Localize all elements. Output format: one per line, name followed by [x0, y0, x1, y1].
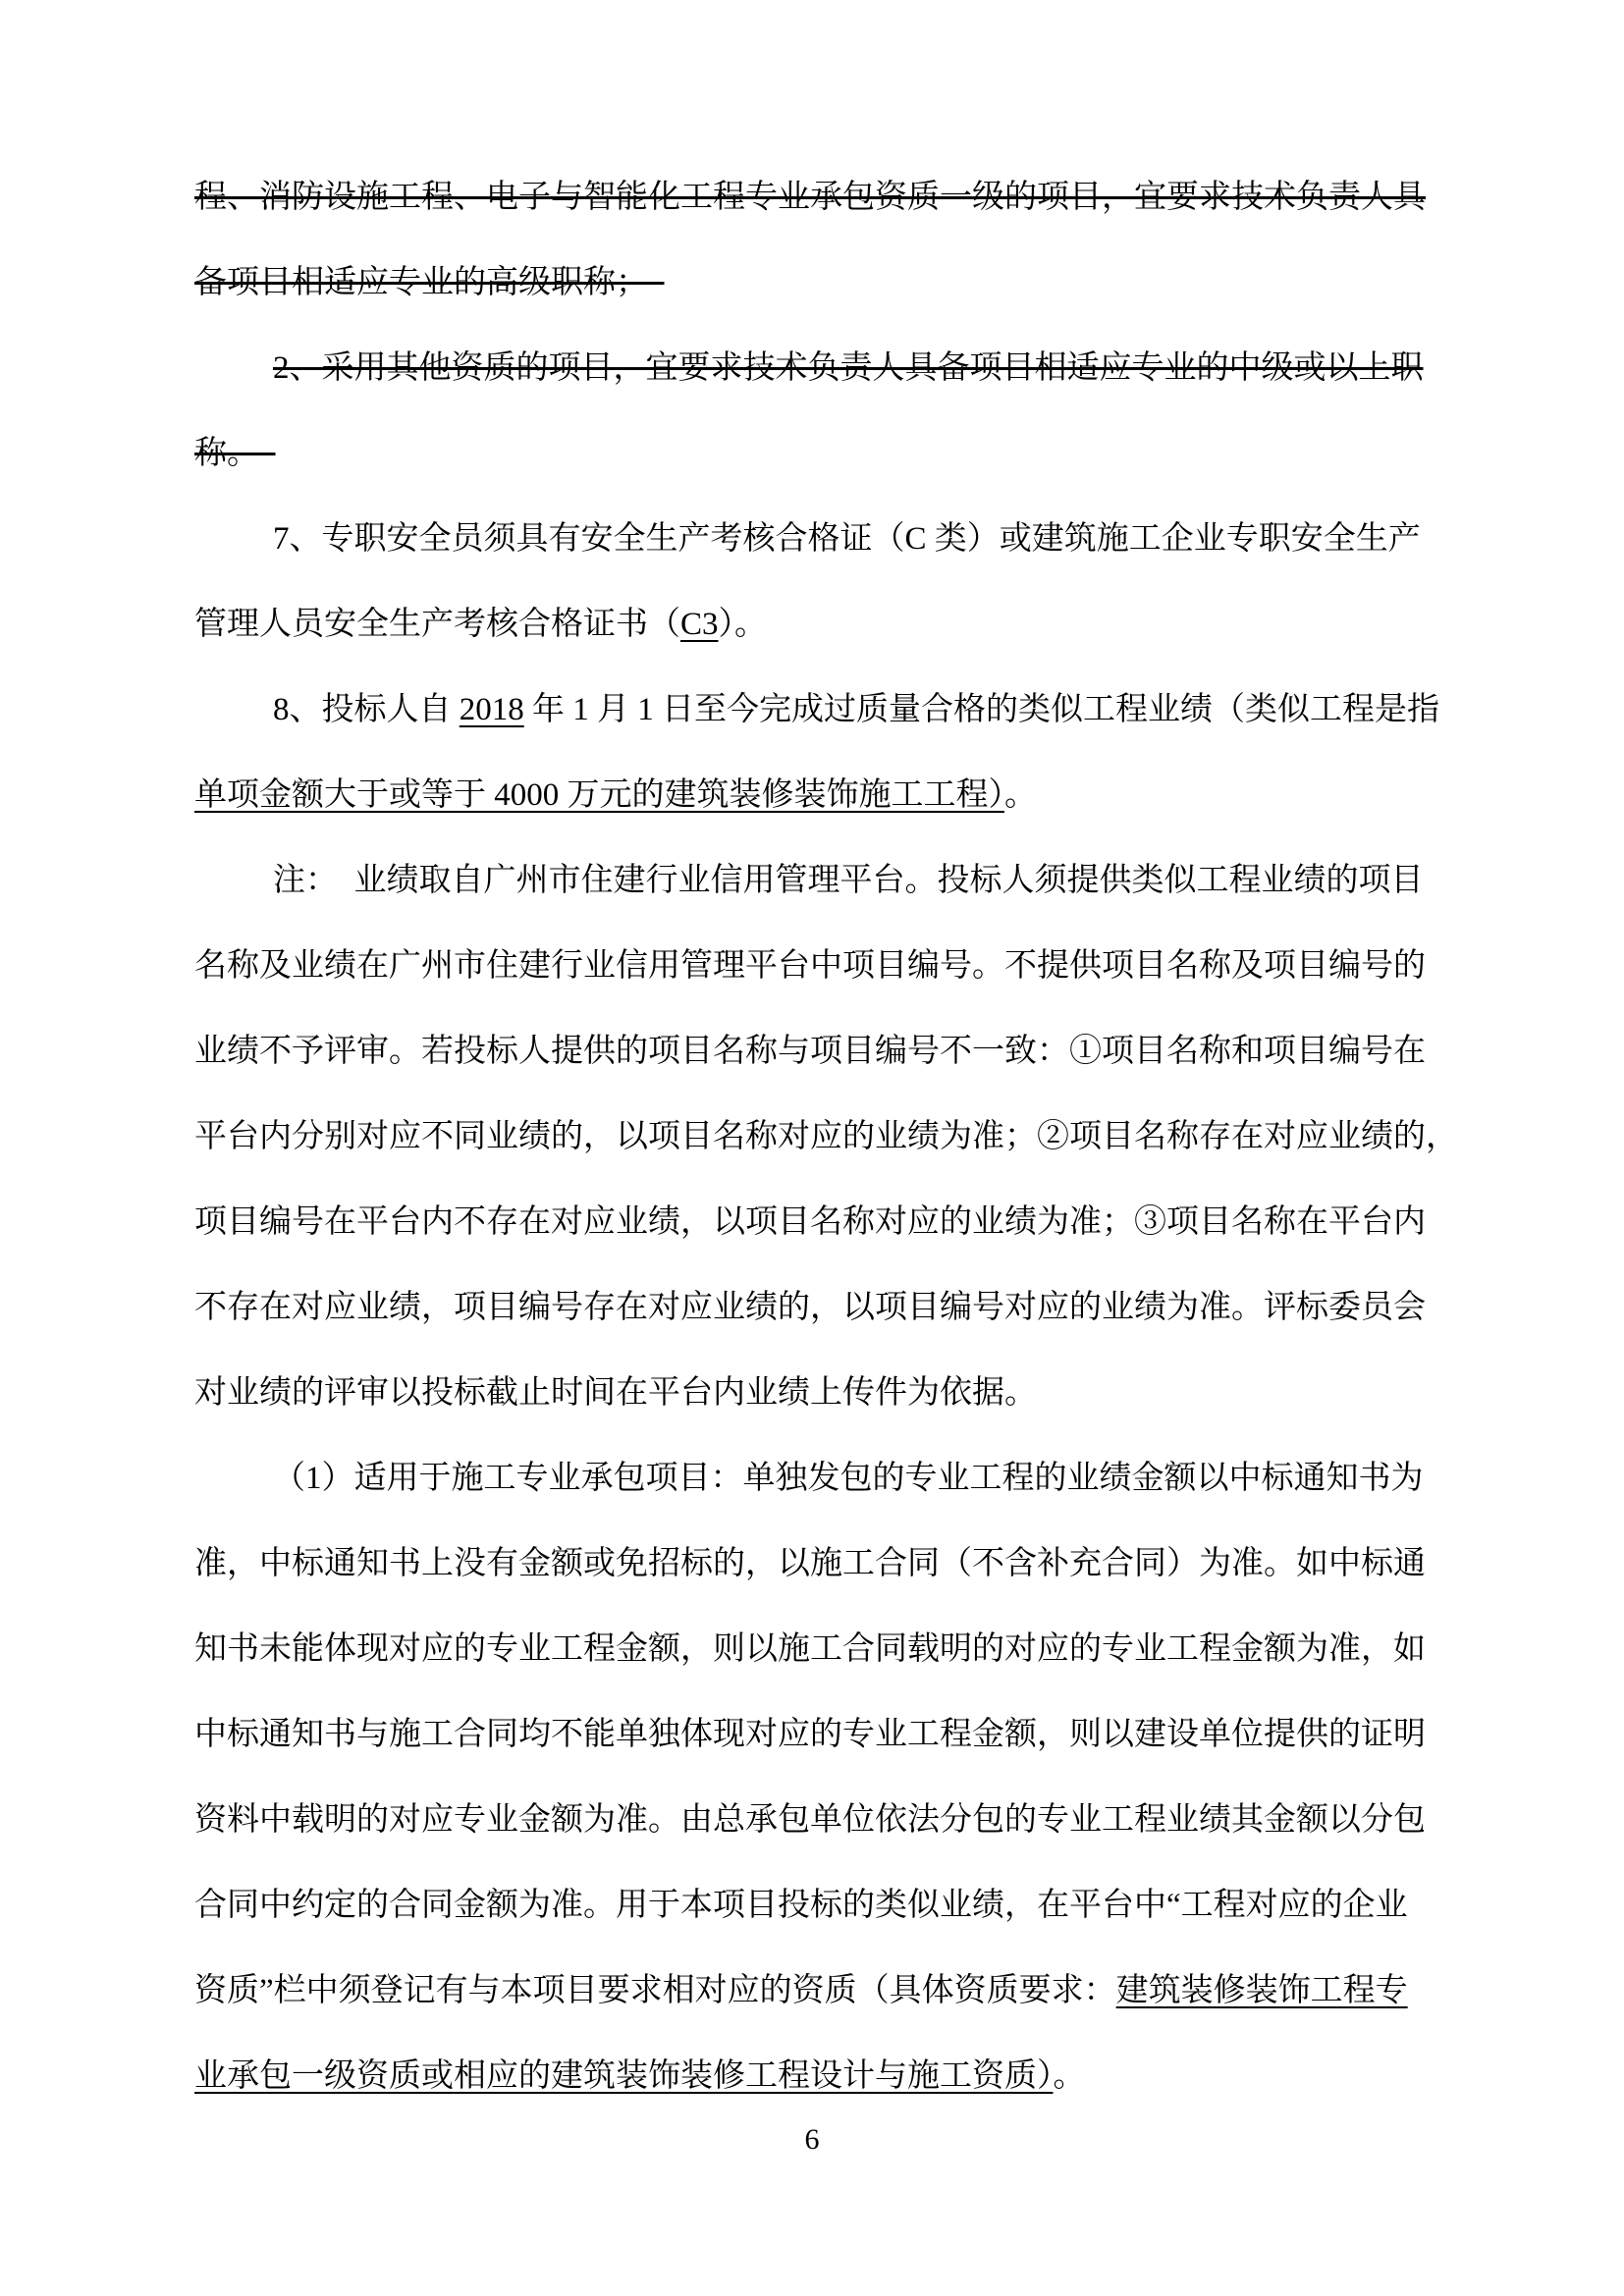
text-line: 资质”栏中须登记有与本项目要求相对应的资质（具体资质要求：建筑装修装饰工程专 [194, 1949, 1481, 2034]
strikethrough-text: 备项目相适应专业的高级职称； [194, 265, 665, 300]
body-text: 不存在对应业绩，项目编号存在对应业绩的，以项目编号对应的业绩为准。评标委员会 [194, 1290, 1426, 1325]
text-line: 准，中标通知书上没有金额或免招标的，以施工合同（不含补充合同）为准。如中标通 [194, 1522, 1481, 1607]
deleted-text-line: 2、采用其他资质的项目，宜要求技术负责人具备项目相适应专业的中级或以上职 [194, 326, 1481, 411]
text-line: 业承包一级资质或相应的建筑装饰装修工程设计与施工资质）。 [194, 2034, 1481, 2119]
text-line: 对业绩的评审以投标截止时间在平台内业绩上传件为依据。 [194, 1351, 1481, 1436]
strikethrough-text: 程、消防设施工程、电子与智能化工程专业承包资质一级的项目，宜要求技术负责人具 [194, 180, 1426, 215]
body-text: 项目编号在平台内不存在对应业绩，以项目名称对应的业绩为准；③项目名称在平台内 [194, 1204, 1426, 1240]
deleted-text-line: 程、消防设施工程、电子与智能化工程专业承包资质一级的项目，宜要求技术负责人具 [194, 155, 1481, 240]
body-text: 管理人员安全生产考核合格证书（ [194, 607, 680, 642]
underlined-text: 单项金额大于或等于 4000 万元的建筑装修装饰施工工程） [194, 777, 1004, 813]
body-text: 年 1 月 1 日至今完成过质量合格的类似工程业绩（类似工程是指 [524, 692, 1439, 727]
text-line: 资料中载明的对应专业金额为准。由总承包单位依法分包的专业工程业绩其金额以分包 [194, 1778, 1481, 1863]
text-line: 单项金额大于或等于 4000 万元的建筑装修装饰施工工程）。 [194, 753, 1481, 838]
text-line: 中标通知书与施工合同均不能单独体现对应的专业工程金额，则以建设单位提供的证明 [194, 1692, 1481, 1778]
text-line: 项目编号在平台内不存在对应业绩，以项目名称对应的业绩为准；③项目名称在平台内 [194, 1180, 1481, 1265]
page-number: 6 [0, 2120, 1624, 2160]
body-text: 。 [1054, 2058, 1086, 2094]
text-line: 合同中约定的合同金额为准。用于本项目投标的类似业绩，在平台中“工程对应的企业 [194, 1863, 1481, 1949]
underlined-text: 建筑装修装饰工程专 [1116, 1973, 1408, 2008]
body-text: （1）适用于施工专业承包项目：单独发包的专业工程的业绩金额以中标通知书为 [273, 1461, 1424, 1496]
body-text: 资料中载明的对应专业金额为准。由总承包单位依法分包的专业工程业绩其金额以分包 [194, 1802, 1426, 1838]
underlined-text: C3 [680, 607, 719, 642]
underlined-text: 业承包一级资质或相应的建筑装饰装修工程设计与施工资质） [194, 2058, 1054, 2094]
body-text: 资质”栏中须登记有与本项目要求相对应的资质（具体资质要求： [194, 1973, 1116, 2008]
text-line: （1）适用于施工专业承包项目：单独发包的专业工程的业绩金额以中标通知书为 [194, 1436, 1481, 1522]
text-line: 8、投标人自 2018 年 1 月 1 日至今完成过质量合格的类似工程业绩（类似… [194, 667, 1481, 753]
text-line: 7、专职安全员须具有安全生产考核合格证（C 类）或建筑施工企业专职安全生产 [194, 497, 1481, 582]
strikethrough-text: 2、采用其他资质的项目，宜要求技术负责人具备项目相适应专业的中级或以上职 [273, 350, 1424, 386]
text-line: 名称及业绩在广州市住建行业信用管理平台中项目编号。不提供项目名称及项目编号的 [194, 924, 1481, 1009]
deleted-text-line: 称。 [194, 411, 1481, 497]
text-line: 平台内分别对应不同业绩的，以项目名称对应的业绩为准；②项目名称存在对应业绩的， [194, 1095, 1481, 1180]
text-line: 注： 业绩取自广州市住建行业信用管理平台。投标人须提供类似工程业绩的项目 [194, 838, 1481, 924]
body-text: 业绩不予评审。若投标人提供的项目名称与项目编号不一致：①项目名称和项目编号在 [194, 1034, 1426, 1069]
document-body: 程、消防设施工程、电子与智能化工程专业承包资质一级的项目，宜要求技术负责人具 备… [194, 155, 1481, 2119]
body-text: 7、专职安全员须具有安全生产考核合格证（C 类）或建筑施工企业专职安全生产 [273, 521, 1421, 557]
deleted-text-line: 备项目相适应专业的高级职称； [194, 240, 1481, 326]
body-text: 。 [1004, 777, 1037, 813]
body-text: 对业绩的评审以投标截止时间在平台内业绩上传件为依据。 [194, 1375, 1037, 1411]
text-line: 不存在对应业绩，项目编号存在对应业绩的，以项目编号对应的业绩为准。评标委员会 [194, 1265, 1481, 1351]
strikethrough-text: 称。 [194, 436, 276, 471]
underlined-text: 2018 [460, 692, 524, 727]
body-text: ）。 [719, 607, 768, 642]
body-text: 知书未能体现对应的专业工程金额，则以施工合同载明的对应的专业工程金额为准，如 [194, 1631, 1426, 1667]
text-line: 知书未能体现对应的专业工程金额，则以施工合同载明的对应的专业工程金额为准，如 [194, 1607, 1481, 1692]
document-page: 程、消防设施工程、电子与智能化工程专业承包资质一级的项目，宜要求技术负责人具 备… [0, 0, 1624, 2296]
body-text: 平台内分别对应不同业绩的，以项目名称对应的业绩为准；②项目名称存在对应业绩的， [194, 1119, 1458, 1154]
body-text: 中标通知书与施工合同均不能单独体现对应的专业工程金额，则以建设单位提供的证明 [194, 1717, 1426, 1752]
text-line: 管理人员安全生产考核合格证书（C3）。 [194, 582, 1481, 667]
body-text: 注： 业绩取自广州市住建行业信用管理平台。投标人须提供类似工程业绩的项目 [273, 863, 1424, 898]
body-text: 8、投标人自 [273, 692, 460, 727]
body-text: 准，中标通知书上没有金额或免招标的，以施工合同（不含补充合同）为准。如中标通 [194, 1546, 1426, 1581]
body-text: 合同中约定的合同金额为准。用于本项目投标的类似业绩，在平台中“工程对应的企业 [194, 1888, 1408, 1923]
text-line: 业绩不予评审。若投标人提供的项目名称与项目编号不一致：①项目名称和项目编号在 [194, 1009, 1481, 1095]
body-text: 名称及业绩在广州市住建行业信用管理平台中项目编号。不提供项目名称及项目编号的 [194, 948, 1426, 984]
